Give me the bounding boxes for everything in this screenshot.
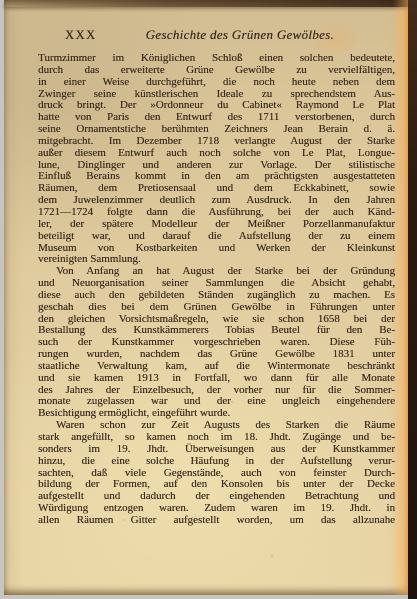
text-line: ler, der spätere Modelleur der Meißner P… [38,219,395,231]
page-edge-right [408,0,417,599]
running-title: Geschichte des Grünen Gewölbes. [97,27,383,43]
text-line: staatliche Verwaltung kam, auf die Winte… [38,361,395,373]
text-line: geschah dies bei dem Grünen Gewölbe in F… [38,302,395,314]
text-line: mitgebracht. Im Dezember 1718 verlangte … [38,136,395,148]
page-number: XXX [65,28,97,43]
text-line: in einer Weise durchgeführt, die noch he… [38,77,395,89]
text-block: Turmzimmer im Königlichen Schloß einen s… [38,53,395,527]
page-content: XXX Geschichte des Grünen Gewölbes. Turm… [38,27,395,527]
page-header: XXX Geschichte des Grünen Gewölbes. [38,27,395,42]
text-line: beteiligt war, und darauf die Aufstellun… [38,231,395,243]
text-line: sonders im 19. Jhdt. Überweisungen aus d… [38,444,395,456]
page-edge-highlight [393,0,408,595]
paragraph: Von Anfang an hat August der Starke bei … [38,266,395,420]
text-line: hinzu, die eine solche Häufung in der Au… [38,456,395,468]
paragraph: Waren schon zur Zeit Augusts des Starken… [38,420,395,527]
paragraph: Turmzimmer im Königlichen Schloß einen s… [38,53,395,266]
text-line: und sie kamen 1913 in Fortfall, wo dann … [38,373,395,385]
book-page-scan: XXX Geschichte des Grünen Gewölbes. Turm… [0,0,417,599]
text-line: durch das erweiterte Grüne Gewölbe zu ve… [38,65,395,77]
text-line: außer diesem Entwurf auch noch solche vo… [38,148,395,160]
text-line: diese auch den gebildeten Ständen zugäng… [38,290,395,302]
text-line: allen Räumen Gitter aufgestellt worden, … [38,515,395,527]
page-edge-top [4,0,408,7]
